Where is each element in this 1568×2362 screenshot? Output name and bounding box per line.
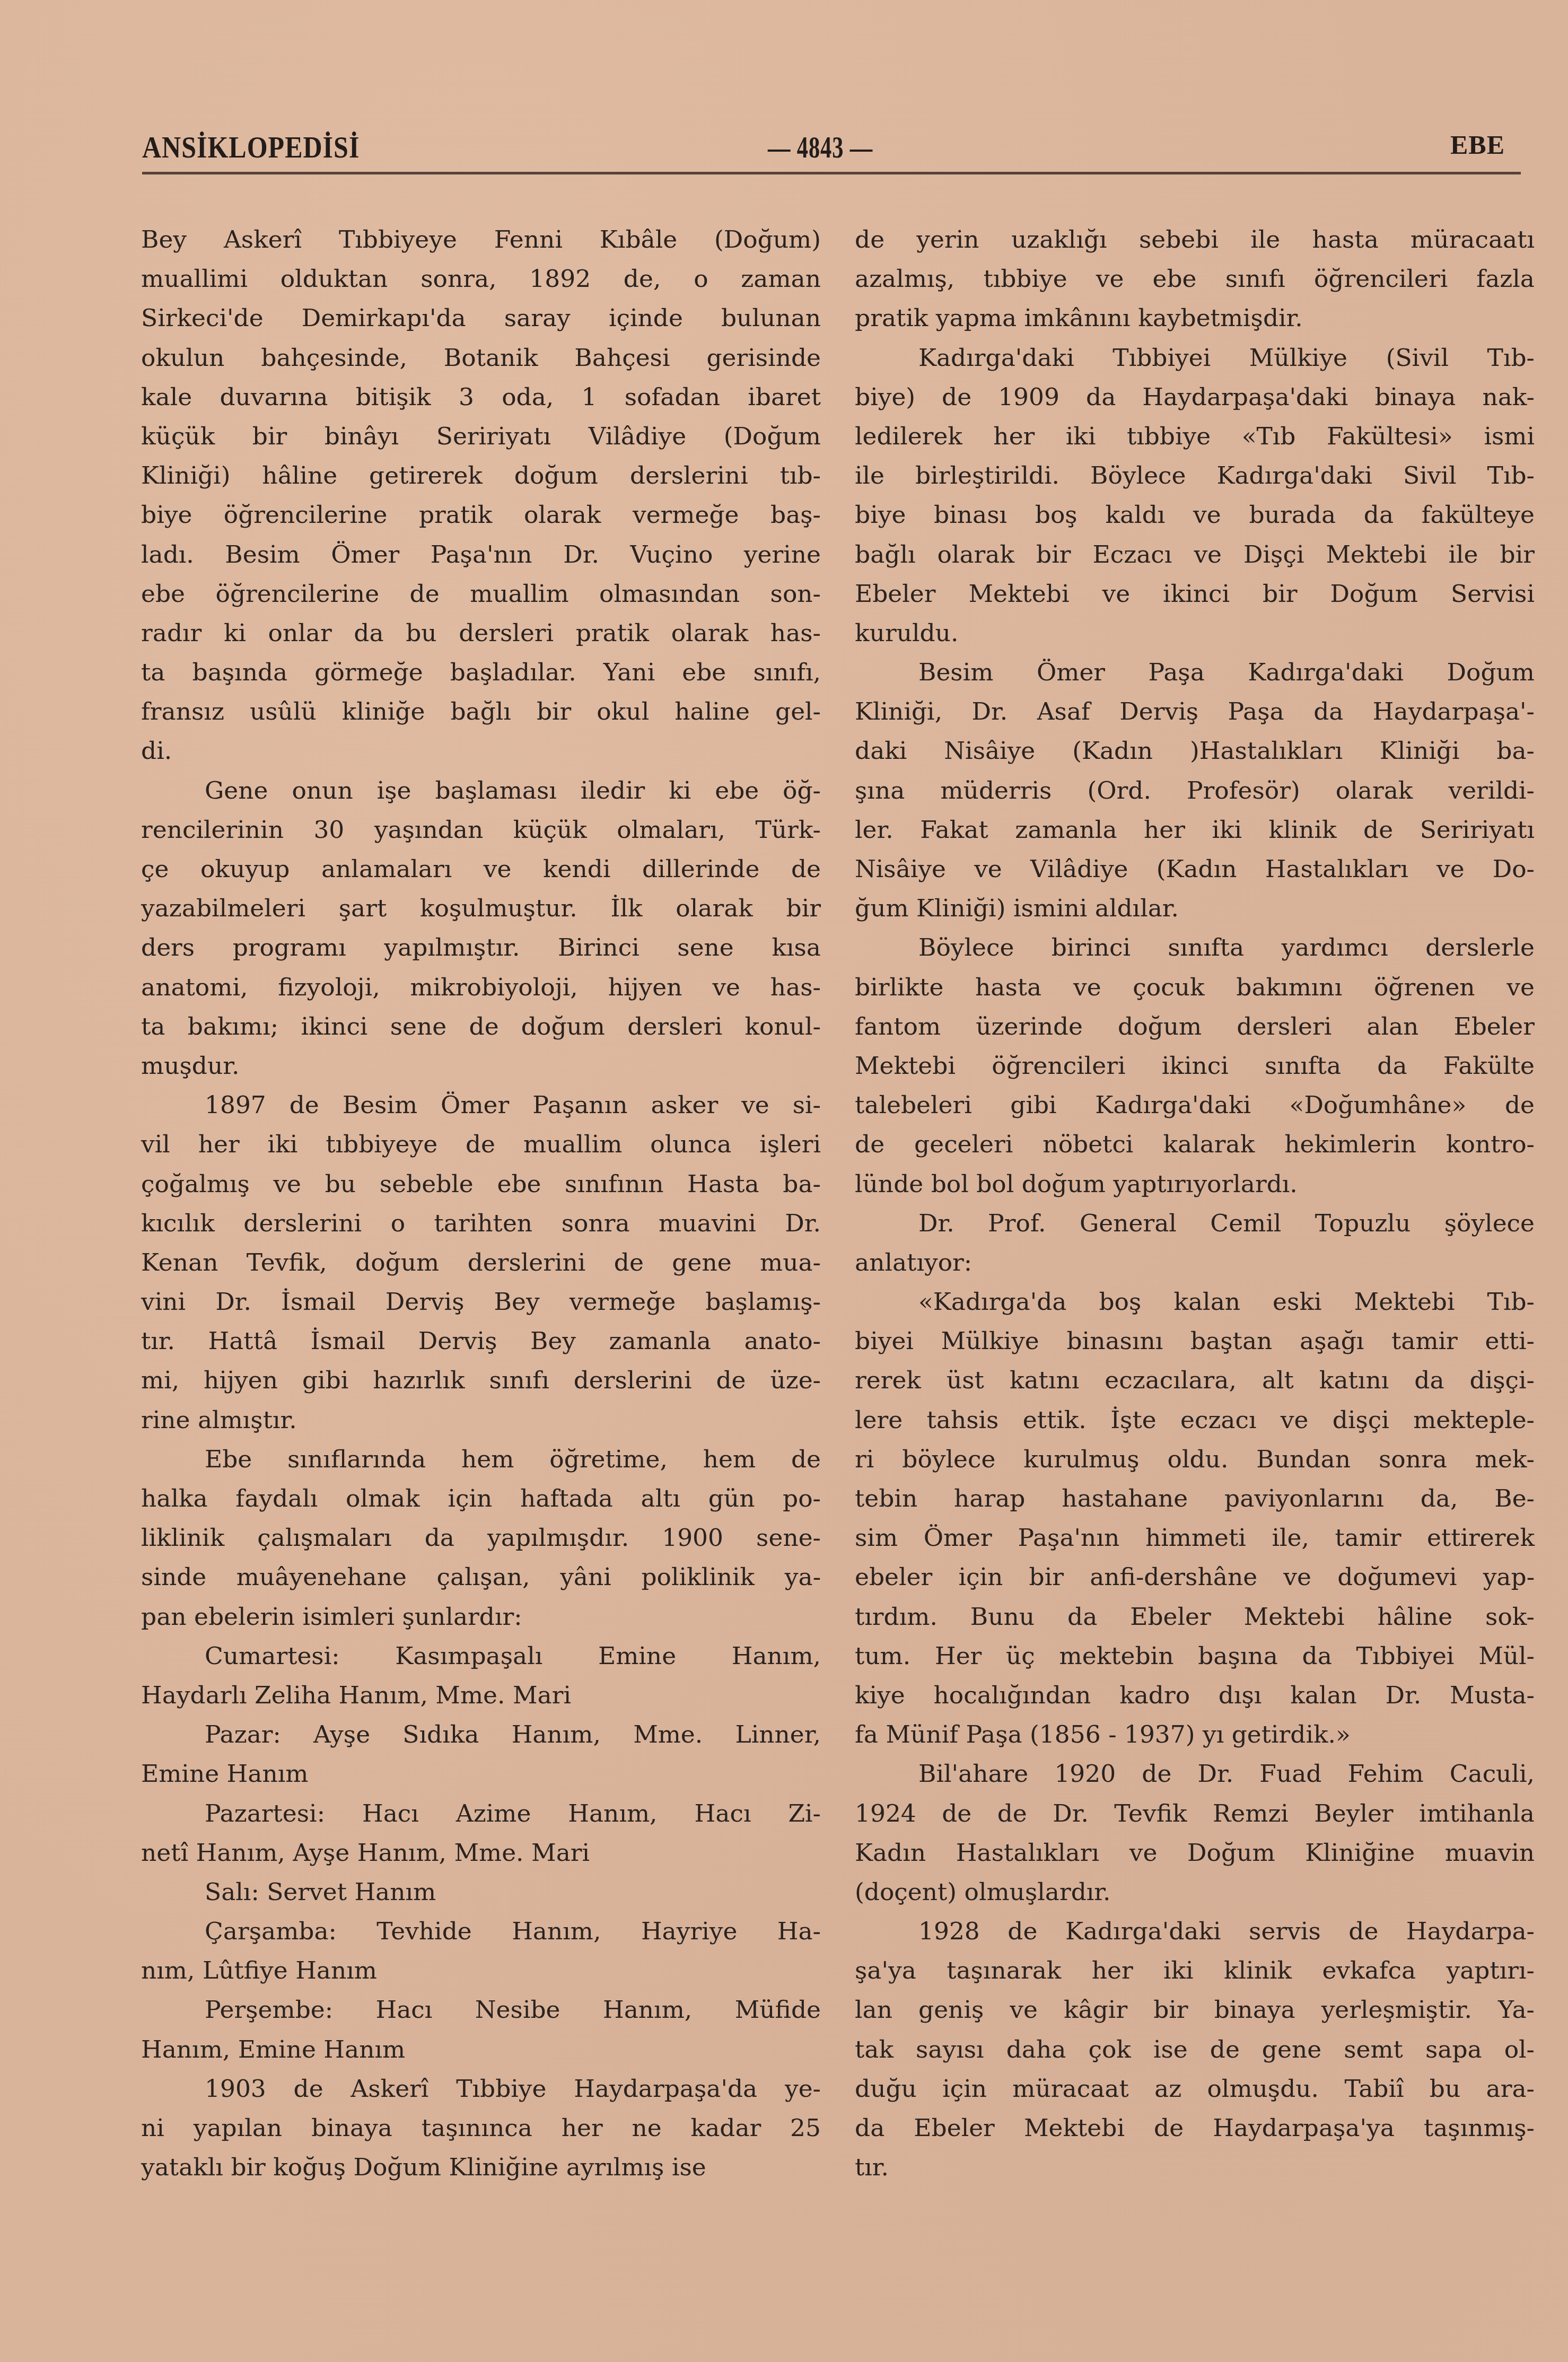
text-line: kuruldu. [855, 614, 1535, 653]
text-line: fantom üzerinde doğum dersleri alan Ebel… [855, 1007, 1535, 1046]
text-line: tebin harap hastahane paviyonlarını da, … [855, 1479, 1535, 1518]
text-line: talebeleri gibi Kadırga'daki «Doğumhâne»… [855, 1086, 1535, 1125]
paragraph: Dr. Prof. General Cemil Topuzlu şöylecea… [855, 1204, 1535, 1282]
text-line: çe okuyup anlamaları ve kendi dillerinde… [141, 850, 821, 889]
text-line: tak sayısı daha çok ise de gene semt sap… [855, 2030, 1535, 2069]
text-line: biye binası boş kaldı ve burada da fakül… [855, 495, 1535, 535]
text-line: tırdım. Bunu da Ebeler Mektebi hâline so… [855, 1597, 1535, 1637]
header-rule [142, 172, 1521, 174]
text-line: Kadın Hastalıkları ve Doğum Kliniğine mu… [855, 1833, 1535, 1873]
text-line: rencilerinin 30 yaşından küçük olmaları,… [141, 810, 821, 850]
text-line: Dr. Prof. General Cemil Topuzlu şöylece [855, 1204, 1535, 1243]
text-line: de geceleri nöbetci kalarak hekimlerin k… [855, 1125, 1535, 1164]
text-line: muşdur. [141, 1046, 821, 1086]
text-line: Perşembe: Hacı Nesibe Hanım, Müfide [141, 1990, 821, 2029]
paragraph: de yerin uzaklığı sebebi ile hasta mürac… [855, 220, 1535, 338]
text-line: Nisâiye ve Vilâdiye (Kadın Hastalıkları … [855, 850, 1535, 889]
text-line: yataklı bir koğuş Doğum Kliniğine ayrılm… [141, 2148, 821, 2187]
text-line: ğum Kliniği) ismini aldılar. [855, 889, 1535, 928]
header-encyclopedia-title: ANSİKLOPEDİSİ [142, 129, 360, 165]
text-line: Besim Ömer Paşa Kadırga'daki Doğum [855, 653, 1535, 692]
text-line: birlikte hasta ve çocuk bakımını öğrenen… [855, 968, 1535, 1007]
text-line: Kliniği) hâline getirerek doğum dersleri… [141, 456, 821, 495]
text-line: ebe öğrencilerine de muallim olmasından … [141, 574, 821, 614]
text-line: Haydarlı Zeliha Hanım, Mme. Mari [141, 1676, 821, 1715]
text-line: lere tahsis ettik. İşte eczacı ve dişçi … [855, 1401, 1535, 1440]
text-line: Sirkeci'de Demirkapı'da saray içinde bul… [141, 299, 821, 338]
text-line: azalmış, tıbbiye ve ebe sınıfı öğrencile… [855, 259, 1535, 299]
text-line: Kadırga'daki Tıbbiyei Mülkiye (Sivil Tıb… [855, 338, 1535, 378]
text-line: tır. [855, 2148, 1535, 2187]
text-line: rerek üst katını eczacılara, alt katını … [855, 1361, 1535, 1400]
text-line: anlatıyor: [855, 1243, 1535, 1282]
text-line: Pazar: Ayşe Sıdıka Hanım, Mme. Linner, [141, 1715, 821, 1754]
text-line: 1897 de Besim Ömer Paşanın asker ve si- [141, 1086, 821, 1125]
text-line: Ebe sınıflarında hem öğretime, hem de [141, 1440, 821, 1479]
text-line: duğu için müracaat az olmuşdu. Tabiî bu … [855, 2069, 1535, 2109]
text-line: lan geniş ve kâgir bir binaya yerleşmişt… [855, 1990, 1535, 2029]
paragraph: Perşembe: Hacı Nesibe Hanım, MüfideHanım… [141, 1990, 821, 2069]
text-line: netî Hanım, Ayşe Hanım, Mme. Mari [141, 1833, 821, 1873]
left-text-column: Bey Askerî Tıbbiyeye Fenni Kıbâle (Doğum… [141, 220, 821, 2187]
paragraph: Gene onun işe başlaması iledir ki ebe öğ… [141, 771, 821, 1086]
text-line: lünde bol bol doğum yaptırıyorlardı. [855, 1165, 1535, 1204]
paragraph: Bey Askerî Tıbbiyeye Fenni Kıbâle (Doğum… [141, 220, 821, 771]
text-line: (doçent) olmuşlardır. [855, 1873, 1535, 1912]
text-line: yazabilmeleri şart koşulmuştur. İlk olar… [141, 889, 821, 928]
text-line: küçük bir binâyı Seririyatı Vilâdiye (Do… [141, 417, 821, 456]
text-line: Bil'ahare 1920 de Dr. Fuad Fehim Caculi, [855, 1754, 1535, 1794]
text-line: Çarşamba: Tevhide Hanım, Hayriye Ha- [141, 1912, 821, 1951]
text-line: liklinik çalışmaları da yapılmışdır. 190… [141, 1518, 821, 1558]
text-line: sinde muâyenehane çalışan, yâni poliklin… [141, 1558, 821, 1597]
paragraph: Ebe sınıflarında hem öğretime, hem dehal… [141, 1440, 821, 1637]
paragraph: 1903 de Askerî Tıbbiye Haydarpaşa'da ye-… [141, 2069, 821, 2188]
text-line: ta başında görmeğe başladılar. Yani ebe … [141, 653, 821, 692]
text-line: ri böylece kurulmuş oldu. Bundan sonra m… [855, 1440, 1535, 1479]
text-line: ler. Fakat zamanla her iki klinik de Ser… [855, 810, 1535, 850]
text-line: vini Dr. İsmail Derviş Bey vermeğe başla… [141, 1282, 821, 1322]
text-line: sim Ömer Paşa'nın himmeti ile, tamir ett… [855, 1518, 1535, 1558]
paragraph: 1897 de Besim Ömer Paşanın asker ve si-v… [141, 1086, 821, 1440]
text-line: Kliniği, Dr. Asaf Derviş Paşa da Haydarp… [855, 692, 1535, 731]
paragraph: 1928 de Kadırga'daki servis de Haydarpa-… [855, 1912, 1535, 2187]
text-line: ebeler için bir anfi-dershâne ve doğumev… [855, 1558, 1535, 1597]
text-line: çoğalmış ve bu sebeble ebe sınıfının Has… [141, 1165, 821, 1204]
text-line: Ebeler Mektebi ve ikinci bir Doğum Servi… [855, 574, 1535, 614]
text-line: Mektebi öğrencileri ikinci sınıfta da Fa… [855, 1046, 1535, 1086]
text-line: 1903 de Askerî Tıbbiye Haydarpaşa'da ye- [141, 2069, 821, 2109]
text-line: şına müderris (Ord. Profesör) olarak ver… [855, 771, 1535, 810]
paragraph: Salı: Servet Hanım [141, 1873, 821, 1912]
text-line: Emine Hanım [141, 1754, 821, 1794]
paragraph: Cumartesi: Kasımpaşalı Emine Hanım,Hayda… [141, 1637, 821, 1715]
text-line: nım, Lûtfiye Hanım [141, 1951, 821, 1990]
text-line: mi, hijyen gibi hazırlık sınıfı dersleri… [141, 1361, 821, 1400]
text-line: Gene onun işe başlaması iledir ki ebe öğ… [141, 771, 821, 810]
text-line: Bey Askerî Tıbbiyeye Fenni Kıbâle (Doğum… [141, 220, 821, 259]
text-line: ta bakımı; ikinci sene de doğum dersleri… [141, 1007, 821, 1046]
text-line: şa'ya taşınarak her iki klinik evkafca y… [855, 1951, 1535, 1990]
text-line: tum. Her üç mektebin başına da Tıbbiyei … [855, 1637, 1535, 1676]
text-line: kiye hocalığından kadro dışı kalan Dr. M… [855, 1676, 1535, 1715]
text-line: ladı. Besim Ömer Paşa'nın Dr. Vuçino yer… [141, 535, 821, 574]
text-line: bağlı olarak bir Eczacı ve Dişçi Mektebi… [855, 535, 1535, 574]
text-line: Salı: Servet Hanım [141, 1873, 821, 1912]
text-line: biyei Mülkiye binasını baştan aşağı tami… [855, 1322, 1535, 1361]
text-line: kale duvarına bitişik 3 oda, 1 sofadan i… [141, 378, 821, 417]
right-text-column: de yerin uzaklığı sebebi ile hasta mürac… [855, 220, 1535, 2187]
text-line: ile birleştirildi. Böylece Kadırga'daki … [855, 456, 1535, 495]
text-line: de yerin uzaklığı sebebi ile hasta mürac… [855, 220, 1535, 259]
text-line: ders programı yapılmıştır. Birinci sene … [141, 928, 821, 967]
paragraph: Çarşamba: Tevhide Hanım, Hayriye Ha-nım,… [141, 1912, 821, 1990]
text-line: 1924 de de Dr. Tevfik Remzi Beyler imtih… [855, 1794, 1535, 1833]
text-line: ledilerek her iki tıbbiye «Tıb Fakültesi… [855, 417, 1535, 456]
text-line: okulun bahçesinde, Botanik Bahçesi geris… [141, 338, 821, 378]
paragraph: Kadırga'daki Tıbbiyei Mülkiye (Sivil Tıb… [855, 338, 1535, 653]
paragraph: Pazar: Ayşe Sıdıka Hanım, Mme. Linner,Em… [141, 1715, 821, 1794]
text-line: Hanım, Emine Hanım [141, 2030, 821, 2069]
text-line: Böylece birinci sınıfta yardımcı dersler… [855, 928, 1535, 967]
text-line: muallimi olduktan sonra, 1892 de, o zama… [141, 259, 821, 299]
paragraph: Pazartesi: Hacı Azime Hanım, Hacı Zi-net… [141, 1794, 821, 1873]
text-line: ni yapılan binaya taşınınca her ne kadar… [141, 2109, 821, 2148]
text-line: fa Münif Paşa (1856 - 1937) yı getirdik.… [855, 1715, 1535, 1754]
paragraph: Böylece birinci sınıfta yardımcı dersler… [855, 928, 1535, 1203]
header-page-number: — 4843 — [768, 129, 873, 165]
text-line: rine almıştır. [141, 1401, 821, 1440]
text-line: radır ki onlar da bu dersleri pratik ola… [141, 614, 821, 653]
text-line: di. [141, 731, 821, 771]
text-line: halka faydalı olmak için haftada altı gü… [141, 1479, 821, 1518]
text-line: Kenan Tevfik, doğum derslerini de gene m… [141, 1243, 821, 1282]
paragraph: Bil'ahare 1920 de Dr. Fuad Fehim Caculi,… [855, 1754, 1535, 1912]
text-line: tır. Hattâ İsmail Derviş Bey zamanla ana… [141, 1322, 821, 1361]
text-line: pratik yapma imkânını kaybetmişdir. [855, 299, 1535, 338]
paragraph: Besim Ömer Paşa Kadırga'daki DoğumKliniğ… [855, 653, 1535, 928]
text-line: biye öğrencilerine pratik olarak vermeğe… [141, 495, 821, 535]
text-line: «Kadırga'da boş kalan eski Mektebi Tıb- [855, 1282, 1535, 1322]
text-line: vil her iki tıbbiyeye de muallim olunca … [141, 1125, 821, 1164]
text-line: daki Nisâiye (Kadın )Hastalıkları Kliniğ… [855, 731, 1535, 771]
paragraph: «Kadırga'da boş kalan eski Mektebi Tıb-b… [855, 1282, 1535, 1754]
text-line: anatomi, fizyoloji, mikrobiyoloji, hijye… [141, 968, 821, 1007]
text-line: fransız usûlü kliniğe bağlı bir okul hal… [141, 692, 821, 731]
text-line: kıcılık derslerini o tarihten sonra muav… [141, 1204, 821, 1243]
text-line: Pazartesi: Hacı Azime Hanım, Hacı Zi- [141, 1794, 821, 1833]
header-entry-keyword: EBE [1450, 129, 1505, 160]
text-line: 1928 de Kadırga'daki servis de Haydarpa- [855, 1912, 1535, 1951]
running-header: ANSİKLOPEDİSİ — 4843 — EBE [142, 123, 1526, 176]
text-line: Cumartesi: Kasımpaşalı Emine Hanım, [141, 1637, 821, 1676]
text-line: biye) de 1909 da Haydarpaşa'daki binaya … [855, 378, 1535, 417]
text-line: da Ebeler Mektebi de Haydarpaşa'ya taşın… [855, 2109, 1535, 2148]
text-line: pan ebelerin isimleri şunlardır: [141, 1597, 821, 1637]
